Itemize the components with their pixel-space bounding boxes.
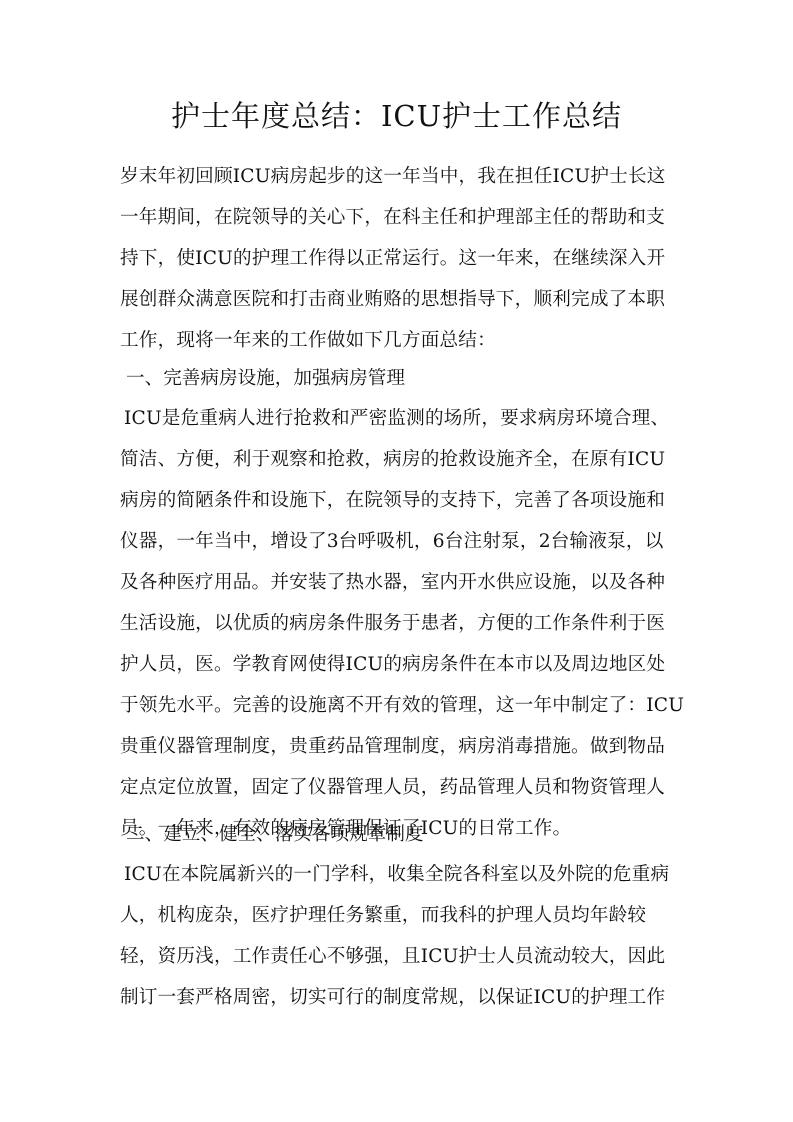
intro-line: 工作，现将一年来的工作做如下几方面总结： [120,328,680,354]
section-line: 定点定位放置，固定了仪器管理人员，药品管理人员和物资管理人 [120,775,680,801]
section-heading: 一、完善病房设施，加强病房管理 [126,366,405,392]
intro-line: 一年期间，在院领导的关心下，在科主任和护理部主任的帮助和支 [120,205,680,231]
section-heading: 二、建立、健全、落实各项规章制度 [126,822,424,848]
section-line: 简洁、方便，利于观察和抢救，病房的抢救设施齐全，在原有ICU [120,447,680,473]
section-line: 贵重仪器管理制度，贵重药品管理制度，病房消毒措施。做到物品 [120,734,680,760]
document-page: 护士年度总结：ICU护士工作总结 岁末年初回顾ICU病房起步的这一年当中，我在担… [0,0,793,1122]
intro-line: 岁末年初回顾ICU病房起步的这一年当中，我在担任ICU护士长这 [120,164,680,190]
section-line: 于领先水平。完善的设施离不开有效的管理，这一年中制定了：ICU [120,693,680,719]
document-title: 护士年度总结：ICU护士工作总结 [0,96,793,136]
section-line: 制订一套严格周密，切实可行的制度常规，以保证ICU的护理工作 [120,985,680,1011]
intro-line: 持下，使ICU的护理工作得以正常运行。这一年来，在继续深入开 [120,246,680,272]
section-line: ICU在本院属新兴的一门学科，收集全院各科室以及外院的危重病 [124,862,684,888]
section-line: 护人员，医。学教育网使得ICU的病房条件在本市以及周边地区处 [120,652,680,678]
section-line: 轻，资历浅，工作责任心不够强，且ICU护士人员流动较大，因此 [120,944,680,970]
section-line: ICU是危重病人进行抢救和严密监测的场所，要求病房环境合理、 [124,406,684,432]
section-line: 病房的简陋条件和设施下，在院领导的支持下，完善了各项设施和 [120,488,680,514]
section-line: 生活设施，以优质的病房条件服务于患者，方便的工作条件利于医 [120,611,680,637]
intro-line: 展创群众满意医院和打击商业贿赂的思想指导下，顺利完成了本职 [120,287,680,313]
section-line: 及各种医疗用品。并安装了热水器，室内开水供应设施，以及各种 [120,570,680,596]
section-line: 人，机构庞杂，医疗护理任务繁重，而我科的护理人员均年龄较 [120,903,680,929]
section-line: 仪器，一年当中，增设了3台呼吸机，6台注射泵，2台输液泵，以 [120,529,680,555]
